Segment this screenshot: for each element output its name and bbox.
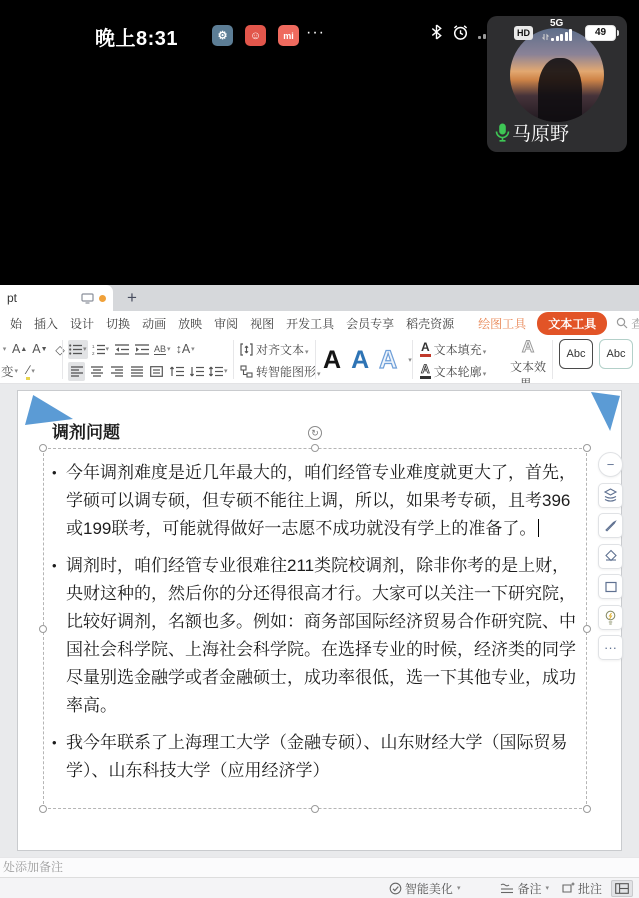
mi-app-icon: mi bbox=[278, 25, 299, 46]
wps-window: pt + 始 插入 设计 切换 动画 放映 审阅 视图 开发工具 会员专享 稻壳… bbox=[0, 285, 639, 898]
comments-button[interactable]: 批注 bbox=[558, 880, 606, 897]
resize-handle-bottom-left[interactable] bbox=[39, 805, 47, 813]
convert-smart-graphic-button[interactable]: 转智能图形▾ bbox=[256, 363, 321, 380]
bullet-paragraph-2[interactable]: 调剂时，咱们经管专业很难往211类院校调剂，除非你考的是上财，央财这种的，然后你… bbox=[51, 552, 580, 720]
slide-title[interactable]: 调剂问题 bbox=[52, 418, 120, 443]
notes-toggle-button[interactable]: 备注▾ bbox=[496, 880, 553, 897]
decrease-indent-button[interactable] bbox=[113, 340, 130, 359]
search-icon bbox=[616, 317, 628, 329]
align-left-button[interactable] bbox=[68, 362, 85, 381]
beautify-icon bbox=[389, 882, 402, 895]
text-style-preset-1[interactable]: Abc bbox=[559, 339, 593, 369]
layout-view-icon bbox=[615, 883, 629, 894]
svg-text:1: 1 bbox=[92, 344, 95, 349]
lightbulb-icon bbox=[604, 610, 617, 625]
document-tab[interactable]: pt bbox=[0, 285, 113, 311]
text-fill-button[interactable]: 文本填充▾ bbox=[434, 341, 487, 358]
line-spacing-after-button[interactable] bbox=[188, 362, 205, 381]
document-tab-title: pt bbox=[7, 291, 17, 305]
justify-button[interactable] bbox=[128, 362, 145, 381]
microphone-on-icon bbox=[495, 123, 510, 142]
more-options-button[interactable]: ··· bbox=[598, 635, 623, 660]
line-spacing-before-button[interactable] bbox=[168, 362, 185, 381]
unsaved-dot-icon bbox=[99, 295, 106, 302]
smart-graphic-icon bbox=[240, 365, 253, 378]
find-command-search[interactable]: 查找命令、 bbox=[616, 315, 639, 332]
wordart-preset-blue[interactable]: A bbox=[351, 348, 369, 373]
document-tab-bar: pt + bbox=[0, 285, 639, 311]
font-size-dropdown-partial[interactable]: ▾ bbox=[0, 340, 8, 359]
presentation-file-icon bbox=[81, 293, 94, 304]
resize-handle-bottom-center[interactable] bbox=[311, 805, 319, 813]
text-outline-button[interactable]: 文本轮廓▾ bbox=[434, 363, 487, 380]
paint-bucket-icon bbox=[604, 549, 618, 563]
pen-icon bbox=[604, 519, 617, 532]
notes-input-bar[interactable]: 处添加备注 bbox=[0, 857, 639, 877]
participant-avatar bbox=[510, 28, 604, 122]
menu-item-slideshow[interactable]: 放映 bbox=[172, 315, 208, 332]
notes-placeholder: 处添加备注 bbox=[3, 860, 63, 874]
smart-beautify-button[interactable]: 智能美化▾ bbox=[385, 880, 465, 897]
resize-handle-mid-right[interactable] bbox=[583, 625, 591, 633]
menu-item-transitions[interactable]: 切换 bbox=[100, 315, 136, 332]
bluetooth-icon bbox=[430, 24, 443, 40]
bullet-list-button[interactable]: ▾ bbox=[68, 340, 88, 359]
layers-icon bbox=[603, 488, 618, 502]
rotate-handle[interactable]: ↻ bbox=[308, 426, 322, 440]
comment-add-icon bbox=[562, 882, 575, 894]
menu-item-home[interactable]: 始 bbox=[4, 315, 28, 332]
battery-indicator: 49 bbox=[585, 25, 616, 41]
selected-text-box[interactable]: ↻ 今年调剂难度是近几年最大的，咱们经管专业难度就更大了，首先，学硕可以调专硕，… bbox=[43, 448, 587, 809]
slide-canvas[interactable]: 调剂问题 ↻ 今年调剂难度是近几年最大的，咱们经管专业难度就更大了，首先，学硕可… bbox=[17, 390, 622, 851]
align-center-button[interactable] bbox=[88, 362, 105, 381]
rectangle-icon bbox=[605, 581, 617, 593]
align-text-icon bbox=[240, 343, 253, 356]
text-outline-icon: A bbox=[420, 363, 431, 379]
menu-item-text-tools-active[interactable]: 文本工具 bbox=[537, 312, 607, 335]
bullet-paragraph-1[interactable]: 今年调剂难度是近几年最大的，咱们经管专业难度就更大了，首先，学硕可以调专硕，但专… bbox=[51, 459, 580, 543]
settings-app-icon: ⚙ bbox=[212, 25, 233, 46]
align-text-button[interactable]: 对齐文本▾ bbox=[256, 341, 309, 358]
notification-app-icon: ☺ bbox=[245, 25, 266, 46]
status-time: 晚上8:31 bbox=[95, 22, 178, 51]
slide-workspace: 调剂问题 ↻ 今年调剂难度是近几年最大的，咱们经管专业难度就更大了，首先，学硕可… bbox=[0, 384, 639, 857]
resize-handle-bottom-right[interactable] bbox=[583, 805, 591, 813]
numbered-list-button[interactable]: 12 ▾ bbox=[91, 340, 111, 359]
notes-icon bbox=[500, 883, 514, 894]
increase-indent-button[interactable] bbox=[133, 340, 150, 359]
text-effects-button[interactable]: A 文本效果▾ bbox=[505, 338, 551, 384]
layers-button[interactable] bbox=[598, 483, 623, 508]
cellular-signal-icon: 5G bbox=[542, 18, 582, 41]
hd-voice-badge: HD bbox=[514, 26, 533, 40]
increase-font-button[interactable]: A▲ bbox=[11, 340, 28, 359]
highlight-button[interactable]: ∕▾ bbox=[22, 362, 39, 381]
smart-idea-button[interactable] bbox=[598, 605, 623, 630]
menu-item-drawing-tools[interactable]: 绘图工具 bbox=[472, 315, 532, 332]
text-fill-icon: A bbox=[420, 341, 431, 357]
wordart-preset-black[interactable]: A bbox=[323, 348, 341, 373]
normal-view-button[interactable] bbox=[611, 880, 633, 897]
decrease-font-button[interactable]: A▼ bbox=[31, 340, 48, 359]
text-cursor bbox=[538, 519, 539, 537]
resize-handle-top-left[interactable] bbox=[39, 444, 47, 452]
clear-format-button[interactable]: ◇ bbox=[52, 340, 69, 359]
bullet-paragraph-3[interactable]: 我今年联系了上海理工大学（金融专硕）、山东财经大学（国际贸易学）、山东科技大学（… bbox=[51, 729, 580, 785]
sort-text-button[interactable]: ↕A▾ bbox=[175, 340, 196, 359]
collapse-toolbar-button[interactable]: − bbox=[598, 452, 623, 477]
more-notifications-icon: ··· bbox=[306, 24, 325, 42]
text-transform-button[interactable]: 变▾ bbox=[0, 362, 19, 381]
participant-name: 马原野 bbox=[512, 119, 569, 146]
new-tab-button[interactable]: + bbox=[121, 287, 143, 309]
menu-item-design[interactable]: 设计 bbox=[64, 315, 100, 332]
phone-screen: 晚上8:31 ⚙ ☺ mi ··· 马原野 HD 5G 49 bbox=[0, 0, 639, 898]
decorative-triangle-right bbox=[587, 392, 620, 431]
menu-item-docer[interactable]: 稻壳资源 bbox=[400, 315, 460, 332]
pen-style-button[interactable] bbox=[598, 513, 623, 538]
resize-handle-mid-left[interactable] bbox=[39, 625, 47, 633]
menu-item-review[interactable]: 审阅 bbox=[208, 315, 244, 332]
fill-color-button[interactable] bbox=[598, 544, 623, 569]
menu-item-membership[interactable]: 会员专享 bbox=[340, 315, 400, 332]
distribute-text-button[interactable] bbox=[148, 362, 165, 381]
resize-handle-top-right[interactable] bbox=[583, 444, 591, 452]
resize-handle-top-center[interactable] bbox=[311, 444, 319, 452]
menu-item-animations[interactable]: 动画 bbox=[136, 315, 172, 332]
ribbon-menu-bar: 始 插入 设计 切换 动画 放映 审阅 视图 开发工具 会员专享 稻壳资源 绘图… bbox=[0, 311, 639, 335]
align-right-button[interactable] bbox=[108, 362, 125, 381]
shape-button[interactable] bbox=[598, 574, 623, 599]
wordart-preset-outline[interactable]: A bbox=[379, 348, 397, 373]
menu-item-developer[interactable]: 开发工具 bbox=[280, 315, 340, 332]
menu-item-insert[interactable]: 插入 bbox=[28, 315, 64, 332]
menu-item-view[interactable]: 视图 bbox=[244, 315, 280, 332]
bottom-status-bar: 智能美化▾ 备注▾ 批注 bbox=[0, 877, 639, 898]
svg-text:2: 2 bbox=[92, 351, 95, 355]
text-direction-button[interactable]: AB▾ bbox=[153, 340, 172, 359]
text-style-preset-2[interactable]: Abc bbox=[599, 339, 633, 369]
line-spacing-button[interactable]: ▾ bbox=[208, 362, 229, 381]
text-effects-icon: A bbox=[505, 338, 551, 355]
text-tools-toolbar: ▾ A▲ A▼ ◇ 变▾ ∕▾ ▾ 12 ▾ bbox=[0, 335, 639, 384]
floating-object-toolbar: − ··· bbox=[598, 452, 623, 660]
alarm-icon bbox=[452, 24, 469, 41]
